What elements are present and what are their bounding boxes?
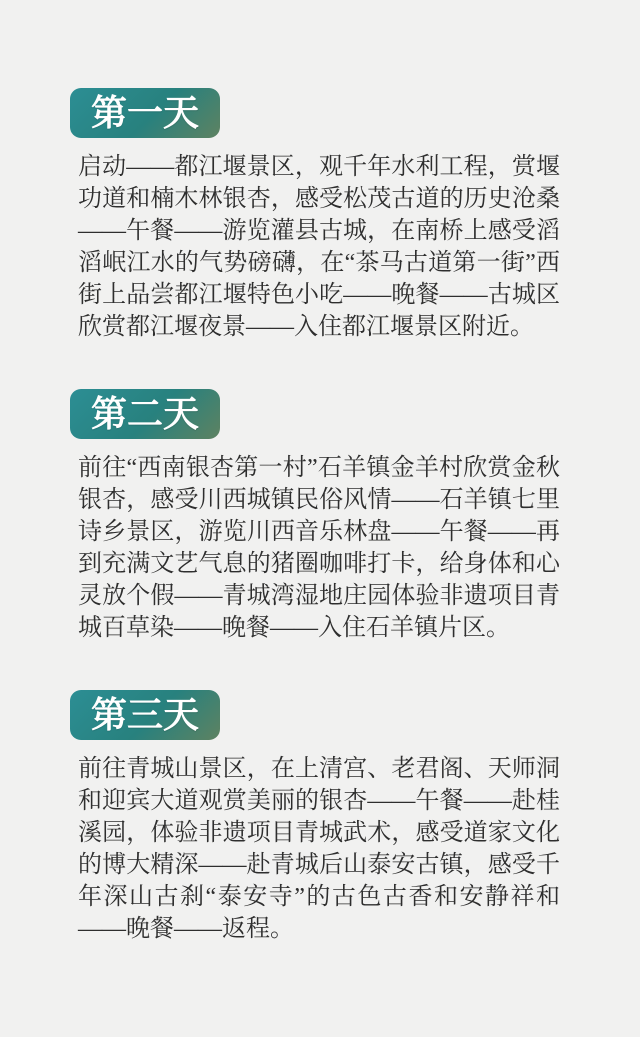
itinerary-content: 第一天 启动——都江堰景区，观千年水利工程，赏堰功道和楠木林银杏，感受松茂古道的…: [70, 88, 566, 991]
day-badge-1: 第一天: [70, 88, 220, 138]
day-3-description: 前往青城山景区，在上清宫、老君阁、天师洞和迎宾大道观赏美丽的银杏——午餐——赴桂…: [70, 753, 560, 945]
day-badge-3: 第三天: [70, 690, 220, 740]
day-badge-1-label: 第一天: [91, 93, 199, 133]
day-1-description: 启动——都江堰景区，观千年水利工程，赏堰功道和楠木林银杏，感受松茂古道的历史沧桑…: [70, 151, 560, 343]
day-section-2: 第二天 前往“西南银杏第一村”石羊镇金羊村欣赏金秋银杏，感受川西城镇民俗风情——…: [70, 389, 566, 644]
itinerary-page: 第一天 启动——都江堰景区，观千年水利工程，赏堰功道和楠木林银杏，感受松茂古道的…: [0, 0, 640, 1037]
day-badge-2: 第二天: [70, 389, 220, 439]
day-badge-3-label: 第三天: [91, 695, 199, 735]
day-section-3: 第三天 前往青城山景区，在上清宫、老君阁、天师洞和迎宾大道观赏美丽的银杏——午餐…: [70, 690, 566, 945]
day-section-1: 第一天 启动——都江堰景区，观千年水利工程，赏堰功道和楠木林银杏，感受松茂古道的…: [70, 88, 566, 343]
day-badge-2-label: 第二天: [91, 394, 199, 434]
day-2-description: 前往“西南银杏第一村”石羊镇金羊村欣赏金秋银杏，感受川西城镇民俗风情——石羊镇七…: [70, 452, 560, 644]
